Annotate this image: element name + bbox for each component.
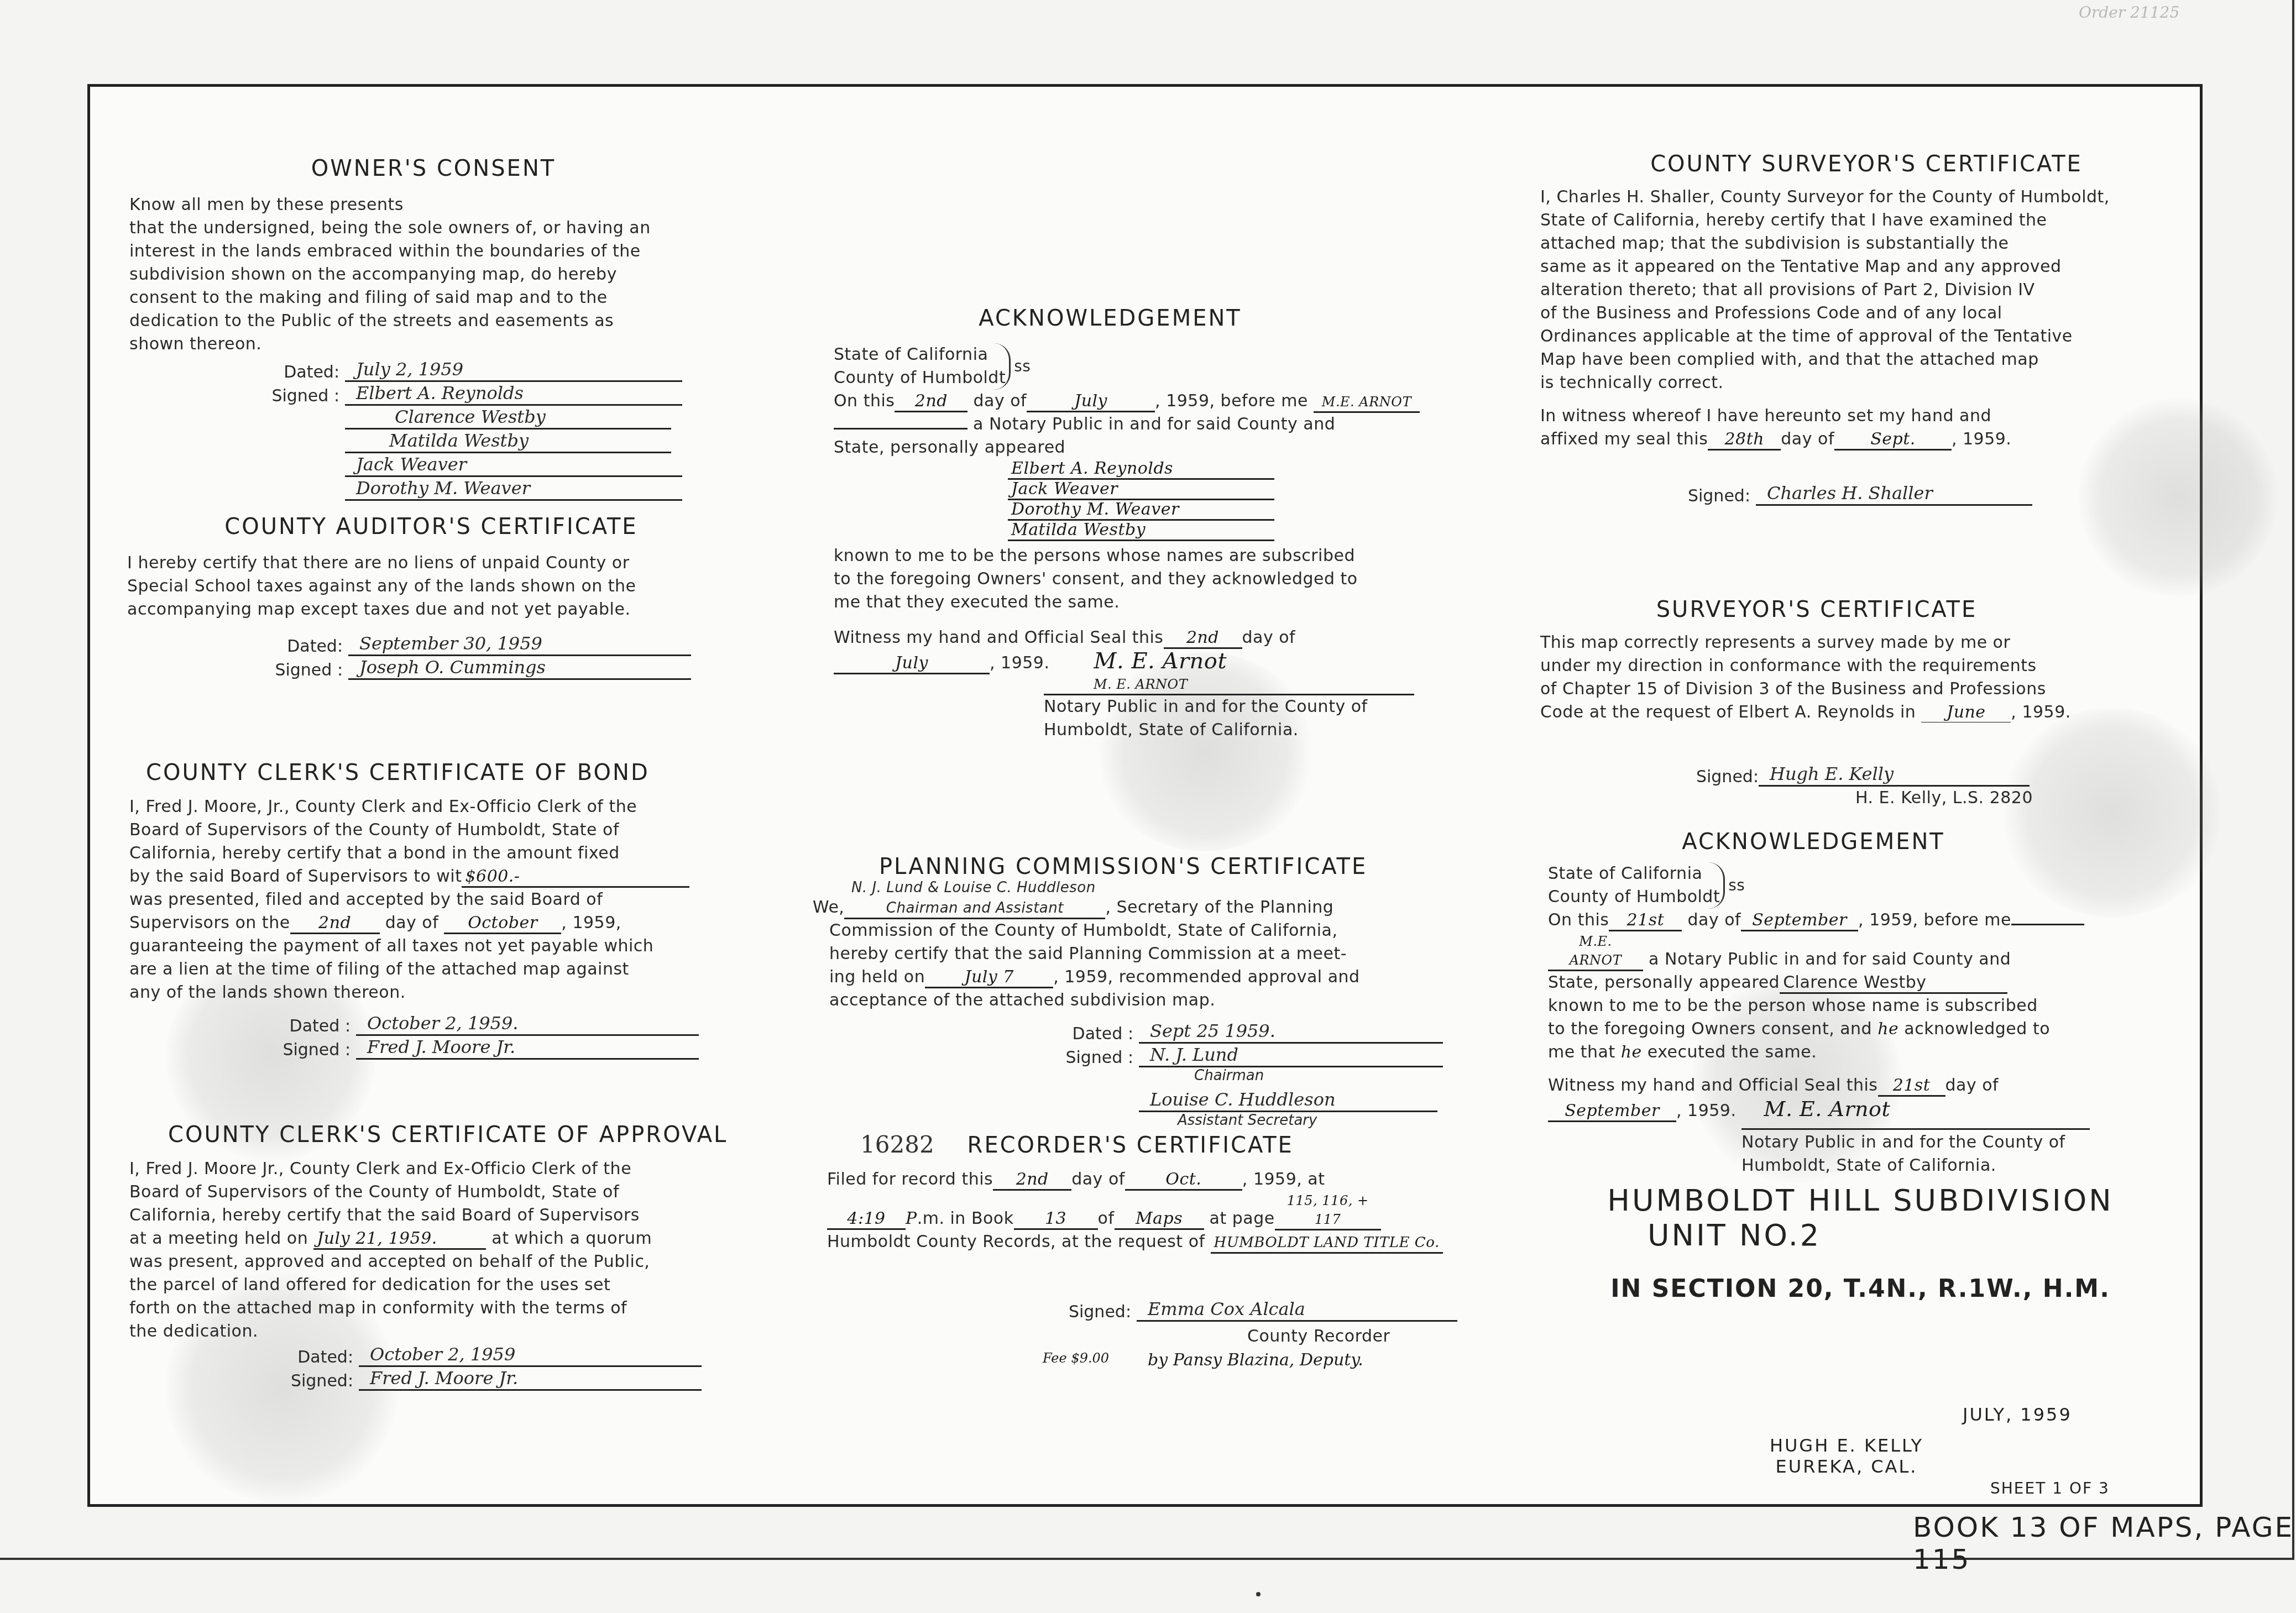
text-line: I hereby certify that there are no liens… xyxy=(127,552,768,575)
map-date: JULY, 1959 xyxy=(1963,1404,2072,1425)
clerk-approval-body: I, Fred J. Moore Jr., County Clerk and E… xyxy=(129,1158,793,1343)
bond-day: 2nd xyxy=(290,914,380,934)
county-surveyor-signed-row: Signed: Charles H. Shaller xyxy=(1540,482,2204,506)
title-block: HUMBOLDT HILL SUBDIVISION UNIT NO.2 IN S… xyxy=(1570,1183,2151,1303)
text-line: In witness whereof I have hereunto set m… xyxy=(1540,405,2204,428)
text-line: Witness my hand and Official Seal this21… xyxy=(1548,1074,2200,1097)
commission-roles: Chairman and Assistant xyxy=(844,899,1105,919)
county-surveyor-body: I, Charles H. Shaller, County Surveyor f… xyxy=(1540,186,2204,451)
recorder-signed-row: Signed: Emma Cox Alcala xyxy=(827,1298,1546,1322)
text-line: the dedication. xyxy=(129,1320,793,1343)
bond-dated-row: Dated : October 2, 1959. xyxy=(129,1012,793,1036)
subdivision-location: IN SECTION 20, T.4N., R.1W., H.M. xyxy=(1570,1275,2151,1303)
ack2-month: September xyxy=(1741,911,1858,931)
recording-number: 16282 xyxy=(860,1131,934,1158)
surveyor-license: H. E. Kelly, L.S. 2820 xyxy=(1855,787,2204,810)
recorder-heading: 16282 RECORDER'S CERTIFICATE xyxy=(827,1131,1546,1158)
acknowledgement-1-body: State of California County of Humboldt s… xyxy=(834,343,1497,742)
text-line: was presented, filed and accepted by the… xyxy=(129,888,793,912)
commission-dated-row: Dated : Sept 25 1959. xyxy=(813,1020,1504,1044)
owners-consent-title: OWNER'S CONSENT xyxy=(129,156,738,181)
ack1-month: July xyxy=(1027,392,1155,412)
signed-label: Signed : xyxy=(129,1040,356,1060)
text-line: September, 1959. M. E. Arnot xyxy=(1548,1097,2200,1123)
text-line: Ordinances applicable at the time of app… xyxy=(1540,325,2204,348)
notary-caption: Notary Public in and for the County of xyxy=(1044,695,1414,719)
venue-county: County of Humboldt xyxy=(834,366,1006,390)
notary-caption: Notary Public in and for the County of xyxy=(1741,1131,2090,1154)
owners-consent-body: Know all men by these presents that the … xyxy=(129,193,771,356)
notary-caption: Humboldt, State of California. xyxy=(1044,719,1414,742)
owners-signature-row: Jack Weaver xyxy=(129,453,771,477)
text-line: known to me to be the person whose name … xyxy=(1548,994,2200,1018)
text-line: 4:19P.m. in Book13ofMaps at page115, 116… xyxy=(827,1191,1546,1230)
auditor-dated-row: Dated: September 30, 1959 xyxy=(127,632,768,656)
text-line: ing held onJuly 7, 1959, recommended app… xyxy=(829,966,1504,989)
signature: Dorothy M. Weaver xyxy=(345,477,682,501)
text-line: I, Charles H. Shaller, County Surveyor f… xyxy=(1540,186,2204,209)
dated-label: Dated : xyxy=(813,1024,1139,1044)
clerk-bond-title: COUNTY CLERK'S CERTIFICATE OF BOND xyxy=(129,760,793,785)
text-line: of the Business and Professions Code and… xyxy=(1540,302,2204,325)
ack2-day: 21st xyxy=(1609,911,1682,931)
recorder-ampm: P xyxy=(906,1209,917,1228)
signature: Matilda Westby xyxy=(345,430,671,453)
text-line: accompanying map except taxes due and no… xyxy=(127,598,768,621)
approval-dated-row: Dated: October 2, 1959 xyxy=(129,1343,793,1367)
recorder-title: RECORDER'S CERTIFICATE xyxy=(967,1133,1294,1158)
text-line: consent to the making and filing of said… xyxy=(129,286,771,310)
pronoun: he xyxy=(1621,1043,1642,1062)
text-line: at a meeting held on July 21, 1959. at w… xyxy=(129,1227,793,1250)
signed-label: Signed: xyxy=(1540,767,1759,787)
text-line: Code at the request of Elbert A. Reynold… xyxy=(1540,701,2204,724)
text-line: me that they executed the same. xyxy=(834,591,1497,614)
commission-assistant-row: Louise C. Huddleson xyxy=(813,1088,1504,1112)
bond-month: October xyxy=(444,914,561,934)
dated-label: Dated : xyxy=(129,1017,356,1036)
text-line: interest in the lands embraced within th… xyxy=(129,240,771,263)
text-line: me that he executed the same. xyxy=(1548,1041,2200,1064)
text-line: of Chapter 15 of Division 3 of the Busin… xyxy=(1540,678,2204,701)
ack1-notary-name: M.E. ARNOT xyxy=(1314,392,1420,413)
county-auditor-section: COUNTY AUDITOR'S CERTIFICATE I hereby ce… xyxy=(127,514,768,680)
text-line: Commission of the County of Humboldt, St… xyxy=(829,919,1504,942)
ack1-witness-day: 2nd xyxy=(1164,629,1242,649)
signature: Elbert A. Reynolds xyxy=(345,382,682,406)
signed-label: Signed : xyxy=(813,1048,1139,1067)
clerk-bond-body: I, Fred J. Moore, Jr., County Clerk and … xyxy=(129,795,793,1004)
planning-commission-title: PLANNING COMMISSION'S CERTIFICATE xyxy=(813,854,1504,879)
surveyor-address: HUGH E. KELLY EUREKA, CAL. xyxy=(1736,1435,1957,1477)
county-recorder-caption: County Recorder xyxy=(1247,1325,1546,1348)
owners-dated-row: Dated: July 2, 1959 xyxy=(129,358,771,382)
surveyor-month: Sept. xyxy=(1834,430,1952,451)
ack1-day: 2nd xyxy=(895,392,967,412)
text-line: Supervisors on the2nd day of October, 19… xyxy=(129,912,793,935)
ack2-notary-name: M.E. ARNOT xyxy=(1548,932,1643,971)
text-line: affixed my seal this28thday ofSept., 195… xyxy=(1540,428,2204,451)
signed-label: Signed: xyxy=(1540,486,1756,506)
text-line: to the foregoing Owners' consent, and th… xyxy=(834,568,1497,591)
text-line: Map have been complied with, and that th… xyxy=(1540,348,2204,371)
text-line: subdivision shown on the accompanying ma… xyxy=(129,263,771,286)
owners-consent-section: OWNER'S CONSENT Know all men by these pr… xyxy=(129,156,771,501)
signature: Emma Cox Alcala xyxy=(1137,1298,1457,1322)
commission-signed-row: Signed : N. J. Lund xyxy=(813,1044,1504,1067)
text-line: California, hereby certify that the said… xyxy=(129,1204,793,1227)
owners-signature-row: Clarence Westby xyxy=(129,406,771,430)
recorder-body: Filed for record this2ndday ofOct., 1959… xyxy=(827,1168,1546,1254)
text-line: Board of Supervisors of the County of Hu… xyxy=(129,819,793,842)
notary-printed-name: M. E. ARNOT xyxy=(1044,675,1414,695)
text-line: Filed for record this2ndday ofOct., 1959… xyxy=(827,1168,1546,1191)
ss-mark: ss xyxy=(1728,874,1745,897)
recorder-pages: 115, 116, + 117 xyxy=(1275,1191,1381,1230)
page-edge-right xyxy=(2292,0,2294,1560)
text-line: alteration thereto; that all provisions … xyxy=(1540,279,2204,302)
county-auditor-body: I hereby certify that there are no liens… xyxy=(127,552,768,621)
signature: Fred J. Moore Jr. xyxy=(359,1367,702,1391)
recording-fee: Fee $9.00 xyxy=(1043,1350,1109,1370)
venue-state: State of California xyxy=(834,343,1006,366)
text-line: Know all men by these presents xyxy=(129,193,771,217)
text-line: Humboldt County Records, at the request … xyxy=(827,1230,1546,1254)
order-note: Order 21125 xyxy=(2079,3,2179,22)
text-line: are a lien at the time of filing of the … xyxy=(129,958,793,981)
signature: Charles H. Shaller xyxy=(1756,482,2032,506)
appeared-person: Dorothy M. Weaver xyxy=(1008,500,1274,521)
ack2-witness-day: 21st xyxy=(1878,1076,1945,1097)
appeared-person: Jack Weaver xyxy=(1008,480,1274,500)
signature: Jack Weaver xyxy=(345,453,682,477)
recorder-month: Oct. xyxy=(1125,1170,1242,1191)
acknowledgement-1-title: ACKNOWLEDGEMENT xyxy=(834,306,1387,331)
recorder-book-type: Maps xyxy=(1115,1209,1204,1230)
text-line: We,Chairman and Assistant, Secretary of … xyxy=(813,896,1504,919)
signature: Clarence Westby xyxy=(345,406,671,430)
text-line: guaranteeing the payment of all taxes no… xyxy=(129,935,793,958)
signed-label: Signed : xyxy=(129,386,345,406)
acknowledgement-2-title: ACKNOWLEDGEMENT xyxy=(1548,829,2079,855)
county-surveyor-title: COUNTY SURVEYOR'S CERTIFICATE xyxy=(1540,151,2193,177)
dated-value: September 30, 1959 xyxy=(348,632,691,656)
notary-signature: M. E. Arnot xyxy=(1764,1097,1891,1121)
text-line: was present, approved and accepted on be… xyxy=(129,1250,793,1274)
signature: N. J. Lund xyxy=(1139,1044,1443,1067)
acknowledgement-1-section: ACKNOWLEDGEMENT State of California Coun… xyxy=(834,306,1497,742)
clerk-approval-section: COUNTY CLERK'S CERTIFICATE OF APPROVAL I… xyxy=(129,1122,793,1391)
clerk-approval-title: COUNTY CLERK'S CERTIFICATE OF APPROVAL xyxy=(129,1122,793,1148)
signed-label: Signed: xyxy=(129,1371,359,1391)
dated-value: October 2, 1959. xyxy=(356,1012,699,1036)
appeared-person: Elbert A. Reynolds xyxy=(1008,459,1274,480)
recorder-deputy-row: Fee $9.00 by Pansy Blazina, Deputy. xyxy=(827,1350,1546,1370)
text-line: State, personally appeared xyxy=(834,436,1497,459)
text-line: State of California, hereby certify that… xyxy=(1540,209,2204,232)
dated-value: July 2, 1959 xyxy=(345,358,682,382)
pronoun: he xyxy=(1877,1019,1898,1039)
venue-block: State of California County of Humboldt s… xyxy=(1548,862,2200,909)
acknowledgement-2-body: State of California County of Humboldt s… xyxy=(1548,862,2200,1177)
dated-label: Dated: xyxy=(129,1348,359,1367)
recorder-day: 2nd xyxy=(993,1170,1071,1191)
bond-amount: $600.- xyxy=(462,867,689,888)
recorder-book: 13 xyxy=(1014,1209,1098,1230)
acknowledgement-2-section: ACKNOWLEDGEMENT State of California Coun… xyxy=(1548,829,2200,1177)
book-reference: BOOK 13 OF MAPS, PAGE 115 xyxy=(1913,1511,2296,1575)
registration-dot xyxy=(1256,1592,1261,1596)
chairman-caption: Chairman xyxy=(1194,1067,1504,1084)
signature: Joseph O. Cummings xyxy=(348,656,691,680)
ack2-witness-month: September xyxy=(1548,1102,1676,1122)
notary-block: Notary Public in and for the County of H… xyxy=(1741,1128,2090,1177)
text-line: known to me to be the persons whose name… xyxy=(834,544,1497,568)
text-line: forth on the attached map in conformity … xyxy=(129,1297,793,1320)
approval-signed-row: Signed: Fred J. Moore Jr. xyxy=(129,1367,793,1391)
dated-value: October 2, 1959 xyxy=(359,1343,702,1367)
appeared-persons: Elbert A. Reynolds Jack Weaver Dorothy M… xyxy=(834,459,1497,541)
text-line: acceptance of the attached subdivision m… xyxy=(829,989,1504,1012)
recorder-requester: HUMBOLDT LAND TITLE Co. xyxy=(1211,1233,1443,1254)
text-line: Witness my hand and Official Seal this2n… xyxy=(834,626,1497,650)
text-line: Board of Supervisors of the County of Hu… xyxy=(129,1181,793,1204)
planning-commission-body: N. J. Lund & Louise C. Huddleson We,Chai… xyxy=(813,879,1504,1012)
text-line: Special School taxes against any of the … xyxy=(127,575,768,598)
venue-state: State of California xyxy=(1548,862,1720,886)
county-surveyor-section: COUNTY SURVEYOR'S CERTIFICATE I, Charles… xyxy=(1540,151,2204,506)
ack1-witness-month: July xyxy=(834,654,990,674)
recorder-time: 4:19 xyxy=(827,1209,906,1230)
text-line: by the said Board of Supervisors to wit$… xyxy=(129,865,793,888)
text-line: attached map; that the subdivision is su… xyxy=(1540,232,2204,255)
venue-block: State of California County of Humboldt s… xyxy=(834,343,1497,390)
county-auditor-title: COUNTY AUDITOR'S CERTIFICATE xyxy=(127,514,735,540)
surveyor-city: EUREKA, CAL. xyxy=(1736,1456,1957,1477)
text-line: is technically correct. xyxy=(1540,371,2204,395)
commission-meeting-date: July 7 xyxy=(925,968,1053,988)
surveyor-name: HUGH E. KELLY xyxy=(1736,1435,1957,1456)
sheet-number: SHEET 1 OF 3 xyxy=(1990,1479,2110,1497)
text-line: a Notary Public in and for said County a… xyxy=(834,413,1497,436)
dated-label: Dated: xyxy=(129,363,345,382)
text-line: the parcel of land offered for dedicatio… xyxy=(129,1274,793,1297)
commission-names: N. J. Lund & Louise C. Huddleson xyxy=(813,879,1504,896)
signed-label: Signed : xyxy=(127,661,348,680)
signature: Fred J. Moore Jr. xyxy=(356,1036,699,1060)
recorder-section: 16282 RECORDER'S CERTIFICATE Filed for r… xyxy=(827,1131,1546,1370)
text-line: that the undersigned, being the sole own… xyxy=(129,217,771,240)
text-line: hereby certify that the said Planning Co… xyxy=(829,942,1504,966)
text-line: any of the lands shown thereon. xyxy=(129,981,793,1004)
auditor-signed-row: Signed : Joseph O. Cummings xyxy=(127,656,768,680)
surveyor-section: SURVEYOR'S CERTIFICATE This map correctl… xyxy=(1540,597,2204,810)
owners-signed-row: Signed : Elbert A. Reynolds xyxy=(129,382,771,406)
venue-county: County of Humboldt xyxy=(1548,886,1720,909)
signature: Louise C. Huddleson xyxy=(1139,1088,1437,1112)
text-line: M.E. ARNOT a Notary Public in and for sa… xyxy=(1548,932,2200,971)
owners-signature-row: Dorothy M. Weaver xyxy=(129,477,771,501)
ack2-appeared-person: Clarence Westby xyxy=(1780,973,2007,994)
subdivision-unit: UNIT NO.2 xyxy=(1570,1218,2151,1253)
text-line: under my direction in conformance with t… xyxy=(1540,654,2204,678)
text-line: dedication to the Public of the streets … xyxy=(129,310,771,333)
signed-label: Signed: xyxy=(827,1302,1137,1322)
text-line: to the foregoing Owners consent, and he … xyxy=(1548,1018,2200,1041)
clerk-bond-section: COUNTY CLERK'S CERTIFICATE OF BOND I, Fr… xyxy=(129,760,793,1060)
owners-signature-row: Matilda Westby xyxy=(129,430,771,453)
survey-month: June xyxy=(1921,703,2011,722)
text-line: On this21st day ofSeptember, 1959, befor… xyxy=(1548,909,2200,932)
text-line: On this2nd day ofJuly, 1959, before me M… xyxy=(834,390,1497,413)
surveyor-body: This map correctly represents a survey m… xyxy=(1540,631,2204,724)
ss-mark: ss xyxy=(1014,355,1031,378)
assistant-secretary-caption: Assistant Secretary xyxy=(1178,1112,1504,1129)
text-line: shown thereon. xyxy=(129,333,771,356)
bond-signed-row: Signed : Fred J. Moore Jr. xyxy=(129,1036,793,1060)
text-line: I, Fred J. Moore Jr., County Clerk and E… xyxy=(129,1158,793,1181)
dated-label: Dated: xyxy=(127,637,348,656)
surveyor-title: SURVEYOR'S CERTIFICATE xyxy=(1540,597,2093,622)
text-line: State, personally appearedClarence Westb… xyxy=(1548,971,2200,994)
meeting-date: July 21, 1959. xyxy=(313,1229,486,1250)
surveyor-signed-row: Signed: Hugh E. Kelly xyxy=(1540,763,2204,787)
planning-commission-section: PLANNING COMMISSION'S CERTIFICATE N. J. … xyxy=(813,854,1504,1129)
appeared-person: Matilda Westby xyxy=(1008,521,1274,541)
subdivision-name: HUMBOLDT HILL SUBDIVISION xyxy=(1570,1183,2151,1218)
text-line: same as it appeared on the Tentative Map… xyxy=(1540,255,2204,279)
text-line: This map correctly represents a survey m… xyxy=(1540,631,2204,654)
notary-block: M. E. ARNOT Notary Public in and for the… xyxy=(1044,675,1414,742)
surveyor-day: 28th xyxy=(1708,430,1781,451)
dated-value: Sept 25 1959. xyxy=(1139,1020,1443,1044)
text-line: California, hereby certify that a bond i… xyxy=(129,842,793,865)
text-line: I, Fred J. Moore, Jr., County Clerk and … xyxy=(129,795,793,819)
notary-signature: M. E. Arnot xyxy=(1094,648,1227,674)
deputy-signature: by Pansy Blazina, Deputy. xyxy=(1148,1350,1363,1370)
notary-caption: Humboldt, State of California. xyxy=(1741,1154,2090,1177)
text-line: July, 1959. M. E. Arnot xyxy=(834,650,1497,675)
signature: Hugh E. Kelly xyxy=(1759,763,2030,787)
